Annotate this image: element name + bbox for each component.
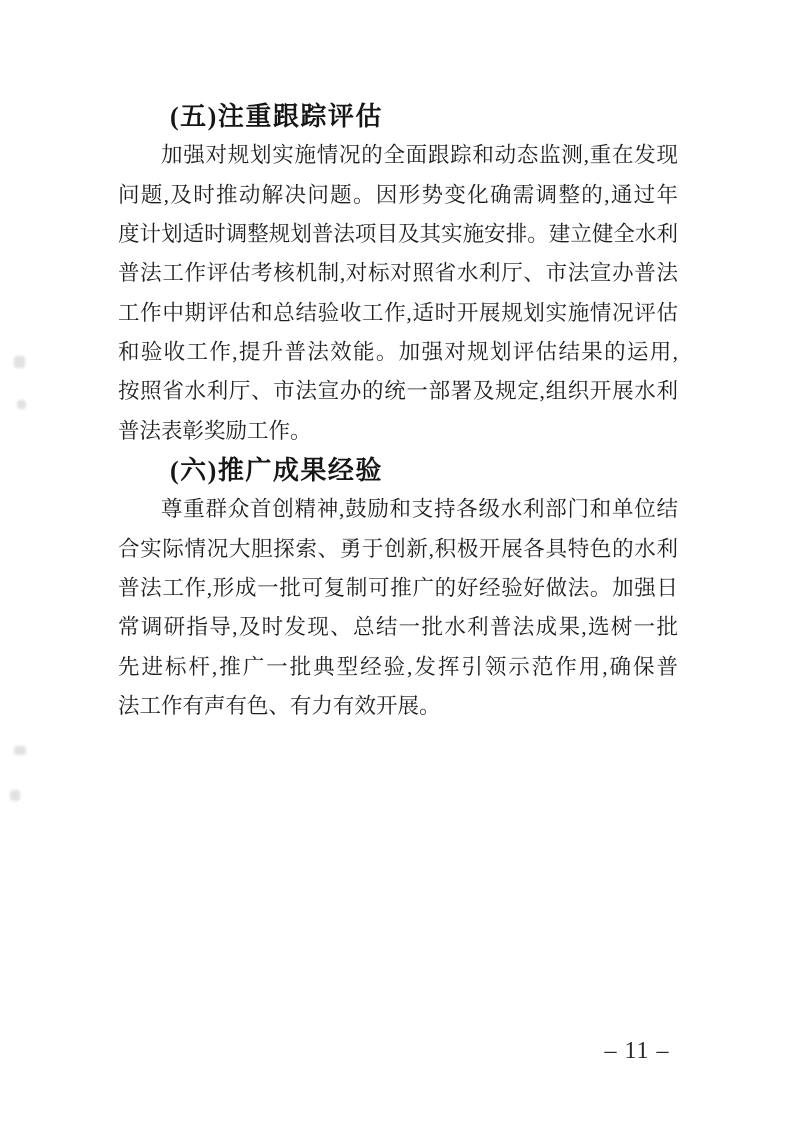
text-line: 常调研指导,及时发现、总结一批水利普法成果,选树一批 xyxy=(118,608,678,647)
text-line: 先进标杆,推广一批典型经验,发挥引领示范作用,确保普 xyxy=(118,648,678,687)
text-line: 问题,及时推动解决问题。因形势变化确需调整的,通过年 xyxy=(118,176,678,215)
section-heading: (六)推广成果经验 xyxy=(118,451,678,490)
scan-artifact xyxy=(14,356,25,368)
scan-artifact xyxy=(17,400,26,409)
text-line: 普法工作,形成一批可复制可推广的好经验好做法。加强日 xyxy=(118,569,678,608)
text-line: 加强对规划实施情况的全面跟踪和动态监测,重在发现 xyxy=(118,136,678,175)
text-line: 按照省水利厅、市法宣办的统一部署及规定,组织开展水利 xyxy=(118,372,678,411)
text-line: 普法表彰奖励工作。 xyxy=(118,412,678,451)
text-line: 尊重群众首创精神,鼓励和支持各级水利部门和单位结 xyxy=(118,490,678,529)
document-page: (五)注重跟踪评估加强对规划实施情况的全面跟踪和动态监测,重在发现问题,及时推动… xyxy=(0,0,793,1122)
text-line: 合实际情况大胆探索、勇于创新,积极开展各具特色的水利 xyxy=(118,530,678,569)
document-body: (五)注重跟踪评估加强对规划实施情况的全面跟踪和动态监测,重在发现问题,及时推动… xyxy=(118,97,678,727)
page-number: – 11 – xyxy=(601,1036,673,1066)
section-heading: (五)注重跟踪评估 xyxy=(118,97,678,136)
scan-artifact xyxy=(10,790,20,801)
text-line: 法工作有声有色、有力有效开展。 xyxy=(118,687,678,726)
scan-artifact xyxy=(14,746,26,755)
text-line: 度计划适时调整规划普法项目及其实施安排。建立健全水利 xyxy=(118,215,678,254)
text-line: 和验收工作,提升普法效能。加强对规划评估结果的运用, xyxy=(118,333,678,372)
text-line: 普法工作评估考核机制,对标对照省水利厅、市法宣办普法 xyxy=(118,254,678,293)
text-line: 工作中期评估和总结验收工作,适时开展规划实施情况评估 xyxy=(118,294,678,333)
